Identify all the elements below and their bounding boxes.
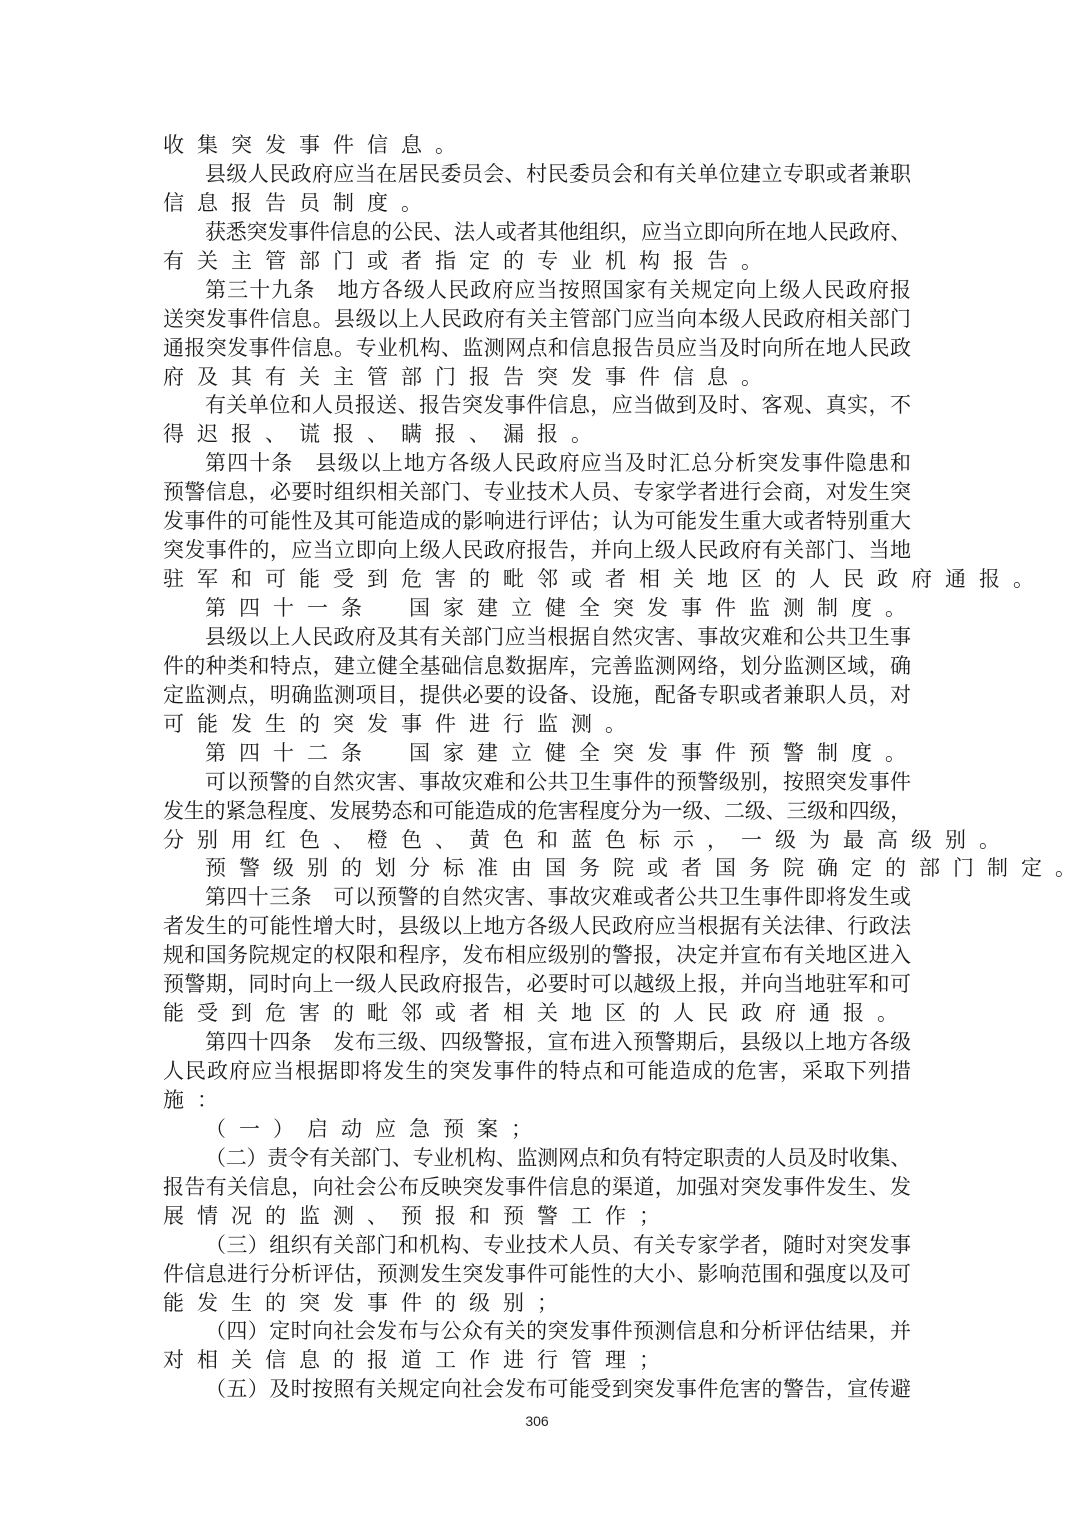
text-line: 展情况的监测、预报和预警工作； [163, 1202, 911, 1231]
text-line: 件的种类和特点，建立健全基础信息数据库，完善监测网络，划分监测区域，确 [163, 652, 911, 681]
text-line: 第四十二条 国家建立健全突发事件预警制度。 [163, 739, 911, 768]
text-line: 第四十四条 发布三级、四级警报，宣布进入预警期后，县级以上地方各级 [163, 1028, 911, 1057]
text-line: 报告有关信息，向社会公布反映突发事件信息的渠道，加强对突发事件发生、发 [163, 1173, 911, 1202]
text-line: 府及其有关主管部门报告突发事件信息。 [163, 363, 911, 392]
text-line: 人民政府应当根据即将发生的突发事件的特点和可能造成的危害，采取下列措 [163, 1057, 911, 1086]
text-line: 第四十条 县级以上地方各级人民政府应当及时汇总分析突发事件隐患和 [163, 449, 911, 478]
text-line: 县级人民政府应当在居民委员会、村民委员会和有关单位建立专职或者兼职 [163, 160, 911, 189]
text-line: 第三十九条 地方各级人民政府应当按照国家有关规定向上级人民政府报 [163, 276, 911, 305]
text-line: 分别用红色、橙色、黄色和蓝色标示，一级为最高级别。 [163, 826, 911, 855]
text-line: （五）及时按照有关规定向社会发布可能受到突发事件危害的警告，宣传避 [163, 1375, 911, 1404]
text-line: 有关主管部门或者指定的专业机构报告。 [163, 247, 911, 276]
text-line: 对相关信息的报道工作进行管理； [163, 1346, 911, 1375]
document-body: 收集突发事件信息。县级人民政府应当在居民委员会、村民委员会和有关单位建立专职或者… [163, 131, 911, 1404]
text-line: 预警信息，必要时组织相关部门、专业技术人员、专家学者进行会商，对发生突 [163, 478, 911, 507]
text-line: 通报突发事件信息。专业机构、监测网点和信息报告员应当及时向所在地人民政 [163, 334, 911, 363]
text-line: （四）定时向社会发布与公众有关的突发事件预测信息和分析评估结果，并 [163, 1317, 911, 1346]
text-line: 信息报告员制度。 [163, 189, 911, 218]
text-line: （一）启动应急预案； [163, 1115, 911, 1144]
text-line: 可能发生的突发事件进行监测。 [163, 710, 911, 739]
text-line: 突发事件的，应当立即向上级人民政府报告，并向上级人民政府有关部门、当地 [163, 536, 911, 565]
text-line: 送突发事件信息。县级以上人民政府有关主管部门应当向本级人民政府相关部门 [163, 305, 911, 334]
text-line: 规和国务院规定的权限和程序，发布相应级别的警报，决定并宣布有关地区进入 [163, 941, 911, 970]
text-line: 县级以上人民政府及其有关部门应当根据自然灾害、事故灾难和公共卫生事 [163, 623, 911, 652]
page-number: 306 [0, 1413, 1074, 1429]
text-line: （二）责令有关部门、专业机构、监测网点和负有特定职责的人员及时收集、 [163, 1144, 911, 1173]
text-line: 能受到危害的毗邻或者相关地区的人民政府通报。 [163, 999, 911, 1028]
text-line: （三）组织有关部门和机构、专业技术人员、有关专家学者，随时对突发事 [163, 1231, 911, 1260]
text-line: 施： [163, 1086, 911, 1115]
text-line: 第四十一条 国家建立健全突发事件监测制度。 [163, 594, 911, 623]
text-line: 预警期，同时向上一级人民政府报告，必要时可以越级上报，并向当地驻军和可 [163, 970, 911, 999]
text-line: 收集突发事件信息。 [163, 131, 911, 160]
text-line: 驻军和可能受到危害的毗邻或者相关地区的人民政府通报。 [163, 565, 911, 594]
text-line: 能发生的突发事件的级别； [163, 1289, 911, 1318]
text-line: 定监测点，明确监测项目，提供必要的设备、设施，配备专职或者兼职人员，对 [163, 681, 911, 710]
text-line: 者发生的可能性增大时，县级以上地方各级人民政府应当根据有关法律、行政法 [163, 912, 911, 941]
text-line: 得迟报、谎报、瞒报、漏报。 [163, 420, 911, 449]
text-line: 第四十三条 可以预警的自然灾害、事故灾难或者公共卫生事件即将发生或 [163, 883, 911, 912]
text-line: 预警级别的划分标准由国务院或者国务院确定的部门制定。 [163, 854, 911, 883]
text-line: 有关单位和人员报送、报告突发事件信息，应当做到及时、客观、真实，不 [163, 391, 911, 420]
text-line: 发事件的可能性及其可能造成的影响进行评估；认为可能发生重大或者特别重大 [163, 507, 911, 536]
text-line: 发生的紧急程度、发展势态和可能造成的危害程度分为一级、二级、三级和四级， [163, 797, 911, 826]
text-line: 可以预警的自然灾害、事故灾难和公共卫生事件的预警级别，按照突发事件 [163, 768, 911, 797]
text-line: 件信息进行分析评估，预测发生突发事件可能性的大小、影响范围和强度以及可 [163, 1260, 911, 1289]
text-line: 获悉突发事件信息的公民、法人或者其他组织，应当立即向所在地人民政府、 [163, 218, 911, 247]
